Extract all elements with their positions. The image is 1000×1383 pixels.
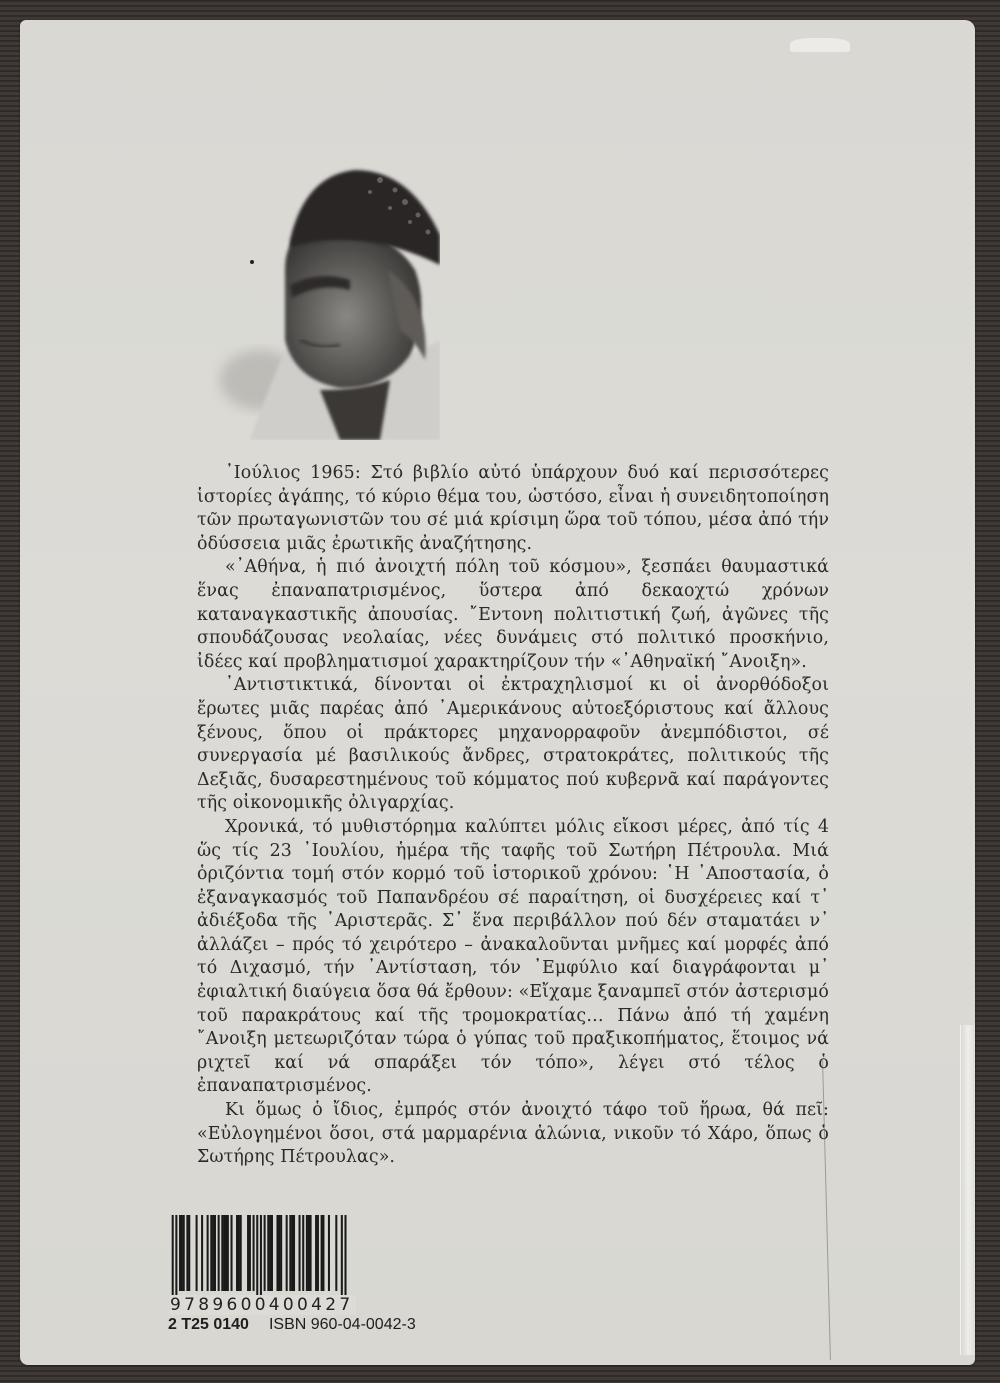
blurb-paragraph: «᾿Αθήνα, ἡ πιό ἀνοιχτή πόλη τοῦ κόσμου»,…	[197, 556, 829, 674]
barcode-bars	[168, 1215, 350, 1297]
isbn-barcode: 9789600400427	[168, 1215, 348, 1297]
blurb-paragraph: ᾿Αντιστικτικά, δίνονται οἱ ἐκτραχηλισμοί…	[197, 674, 829, 816]
catalog-code: 2 T25 0140	[168, 1316, 249, 1334]
tape-strip	[960, 1025, 975, 1355]
barcode-digits: 9789600400427	[170, 1295, 356, 1315]
author-photo	[190, 140, 440, 440]
blurb-paragraph: Χρονικά, τό μυθιστόρημα καλύπτει μόλις ε…	[197, 816, 829, 1099]
torn-edge	[790, 38, 850, 52]
book-back-cover: ᾿Ιούλιος 1965: Στό βιβλίο αὐτό ὑπάρχουν …	[20, 20, 975, 1365]
catalog-codes: 2 T25 0140 ISBN 960-04-0042-3	[168, 1316, 448, 1334]
isbn-number: ISBN 960-04-0042-3	[269, 1316, 416, 1334]
blurb-text: ᾿Ιούλιος 1965: Στό βιβλίο αὐτό ὑπάρχουν …	[197, 462, 829, 1170]
blurb-paragraph: ᾿Ιούλιος 1965: Στό βιβλίο αὐτό ὑπάρχουν …	[197, 462, 829, 556]
blurb-paragraph: Κι ὅμως ὁ ἴδιος, ἐμπρός στόν ἀνοιχτό τάφ…	[197, 1099, 829, 1170]
